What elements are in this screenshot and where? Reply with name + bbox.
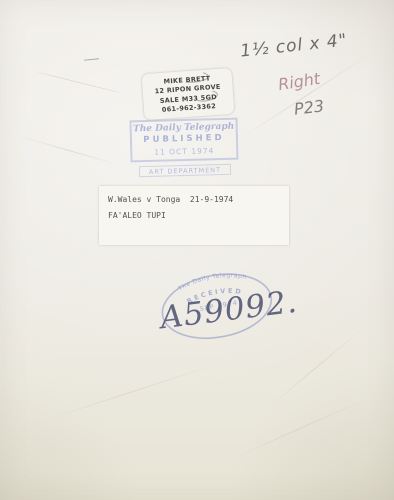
caption-player-line: FA'ALEO TUPI xyxy=(108,212,289,220)
paper-crease xyxy=(231,398,368,460)
position-annotation: Right xyxy=(277,69,322,94)
faint-pencil-stroke xyxy=(37,72,121,94)
published-stamp-status: PUBLISHED xyxy=(143,133,225,145)
published-stamp: The Daily Telegraph PUBLISHED 11 OCT 197… xyxy=(129,118,238,163)
press-photo-verso: 1½ col x 4" Right P23 MIKE BRETT 12 RIPO… xyxy=(0,0,394,500)
caption-label: W.Wales v Tonga 21-9-1974 FA'ALEO TUPI xyxy=(99,186,289,245)
size-annotation: 1½ col x 4" xyxy=(239,30,348,61)
paper-crease xyxy=(238,53,373,141)
published-stamp-date: 11 OCT 1974 xyxy=(154,146,214,157)
paper-crease xyxy=(16,135,122,166)
published-stamp-department: ART DEPARTMENT xyxy=(139,164,231,177)
caption-match-line: W.Wales v Tonga 21-9-1974 xyxy=(108,196,289,204)
address-sticker: MIKE BRETT 12 RIPON GROVE SALE M33 5GD 0… xyxy=(142,68,235,120)
pencil-dash-mark xyxy=(84,58,99,61)
page-annotation: P23 xyxy=(293,96,325,119)
paper-crease xyxy=(39,363,220,423)
